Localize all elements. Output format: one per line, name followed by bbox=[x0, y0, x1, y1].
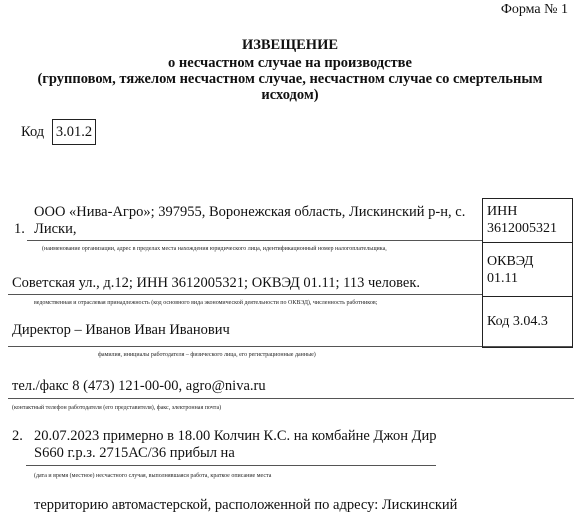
inn-label: ИНН bbox=[487, 203, 572, 220]
employer-caption: фамилия, инициалы работодателя – физичес… bbox=[98, 352, 316, 358]
contact-caption: (контактный телефон работодателя (его пр… bbox=[12, 405, 221, 411]
code-3043-label: Код 3.04.3 bbox=[487, 313, 572, 330]
branch-line[interactable]: Советская ул., д.12; ИНН 3612005321; ОКВ… bbox=[12, 275, 420, 292]
branch-underline bbox=[8, 294, 482, 295]
incident-caption: (дата и время (местное) несчастного случ… bbox=[34, 473, 271, 479]
side-code-boxes: ИНН 3612005321 ОКВЭД 01.11 Код 3.04.3 bbox=[482, 198, 573, 348]
contact-line[interactable]: тел./факс 8 (473) 121-00-00, agro@niva.r… bbox=[12, 378, 266, 395]
okved-value[interactable]: 01.11 bbox=[487, 270, 572, 287]
contact-underline bbox=[8, 398, 574, 399]
section-2-number: 2. bbox=[12, 428, 23, 445]
branch-caption: ведомственная и отраслевая принадлежност… bbox=[34, 300, 377, 306]
incident-underline bbox=[26, 465, 436, 466]
okved-label: ОКВЭД bbox=[487, 253, 572, 270]
okved-box: ОКВЭД 01.11 bbox=[483, 243, 572, 297]
document-subtitle-line4: исходом) bbox=[0, 86, 580, 104]
code-field[interactable]: 3.01.2 bbox=[52, 119, 96, 145]
section-1-number: 1. bbox=[14, 221, 25, 238]
form-number: Форма № 1 bbox=[501, 2, 568, 18]
employer-line[interactable]: Директор – Иванов Иван Иванович bbox=[12, 322, 230, 339]
code-3043-box: Код 3.04.3 bbox=[483, 297, 572, 347]
org-name-caption: (наименование организации, адрес в преде… bbox=[42, 246, 387, 252]
org-name-line2[interactable]: Лиски, bbox=[34, 221, 76, 238]
code-label: Код bbox=[21, 124, 44, 141]
org-name-line1[interactable]: ООО «Нива-Агро»; 397955, Воронежская обл… bbox=[34, 204, 465, 221]
inn-value[interactable]: 3612005321 bbox=[487, 220, 572, 237]
document-title: ИЗВЕЩЕНИЕ bbox=[0, 36, 580, 54]
org-name-underline bbox=[27, 240, 482, 241]
incident-line2[interactable]: S660 г.р.з. 2715АС/36 прибыл на bbox=[34, 445, 235, 462]
incident-line1[interactable]: 20.07.2023 примерно в 18.00 Колчин К.С. … bbox=[34, 428, 437, 445]
inn-box: ИНН 3612005321 bbox=[483, 199, 572, 243]
incident-line3[interactable]: территорию автомастерской, расположенной… bbox=[34, 497, 457, 514]
